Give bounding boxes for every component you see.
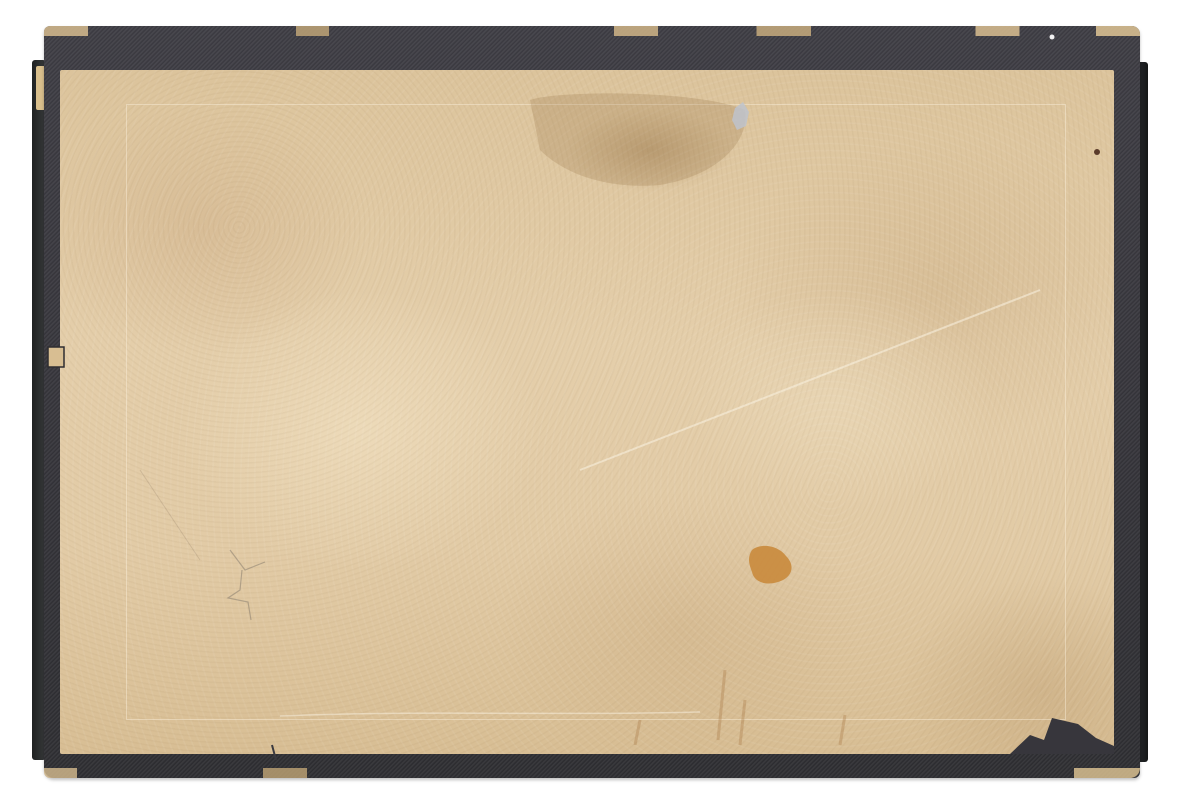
aged-paper-panel bbox=[60, 70, 1114, 754]
frame-bottom-wear bbox=[44, 768, 1140, 778]
frame-top-wear bbox=[44, 26, 1140, 36]
photo-scene bbox=[0, 0, 1200, 800]
